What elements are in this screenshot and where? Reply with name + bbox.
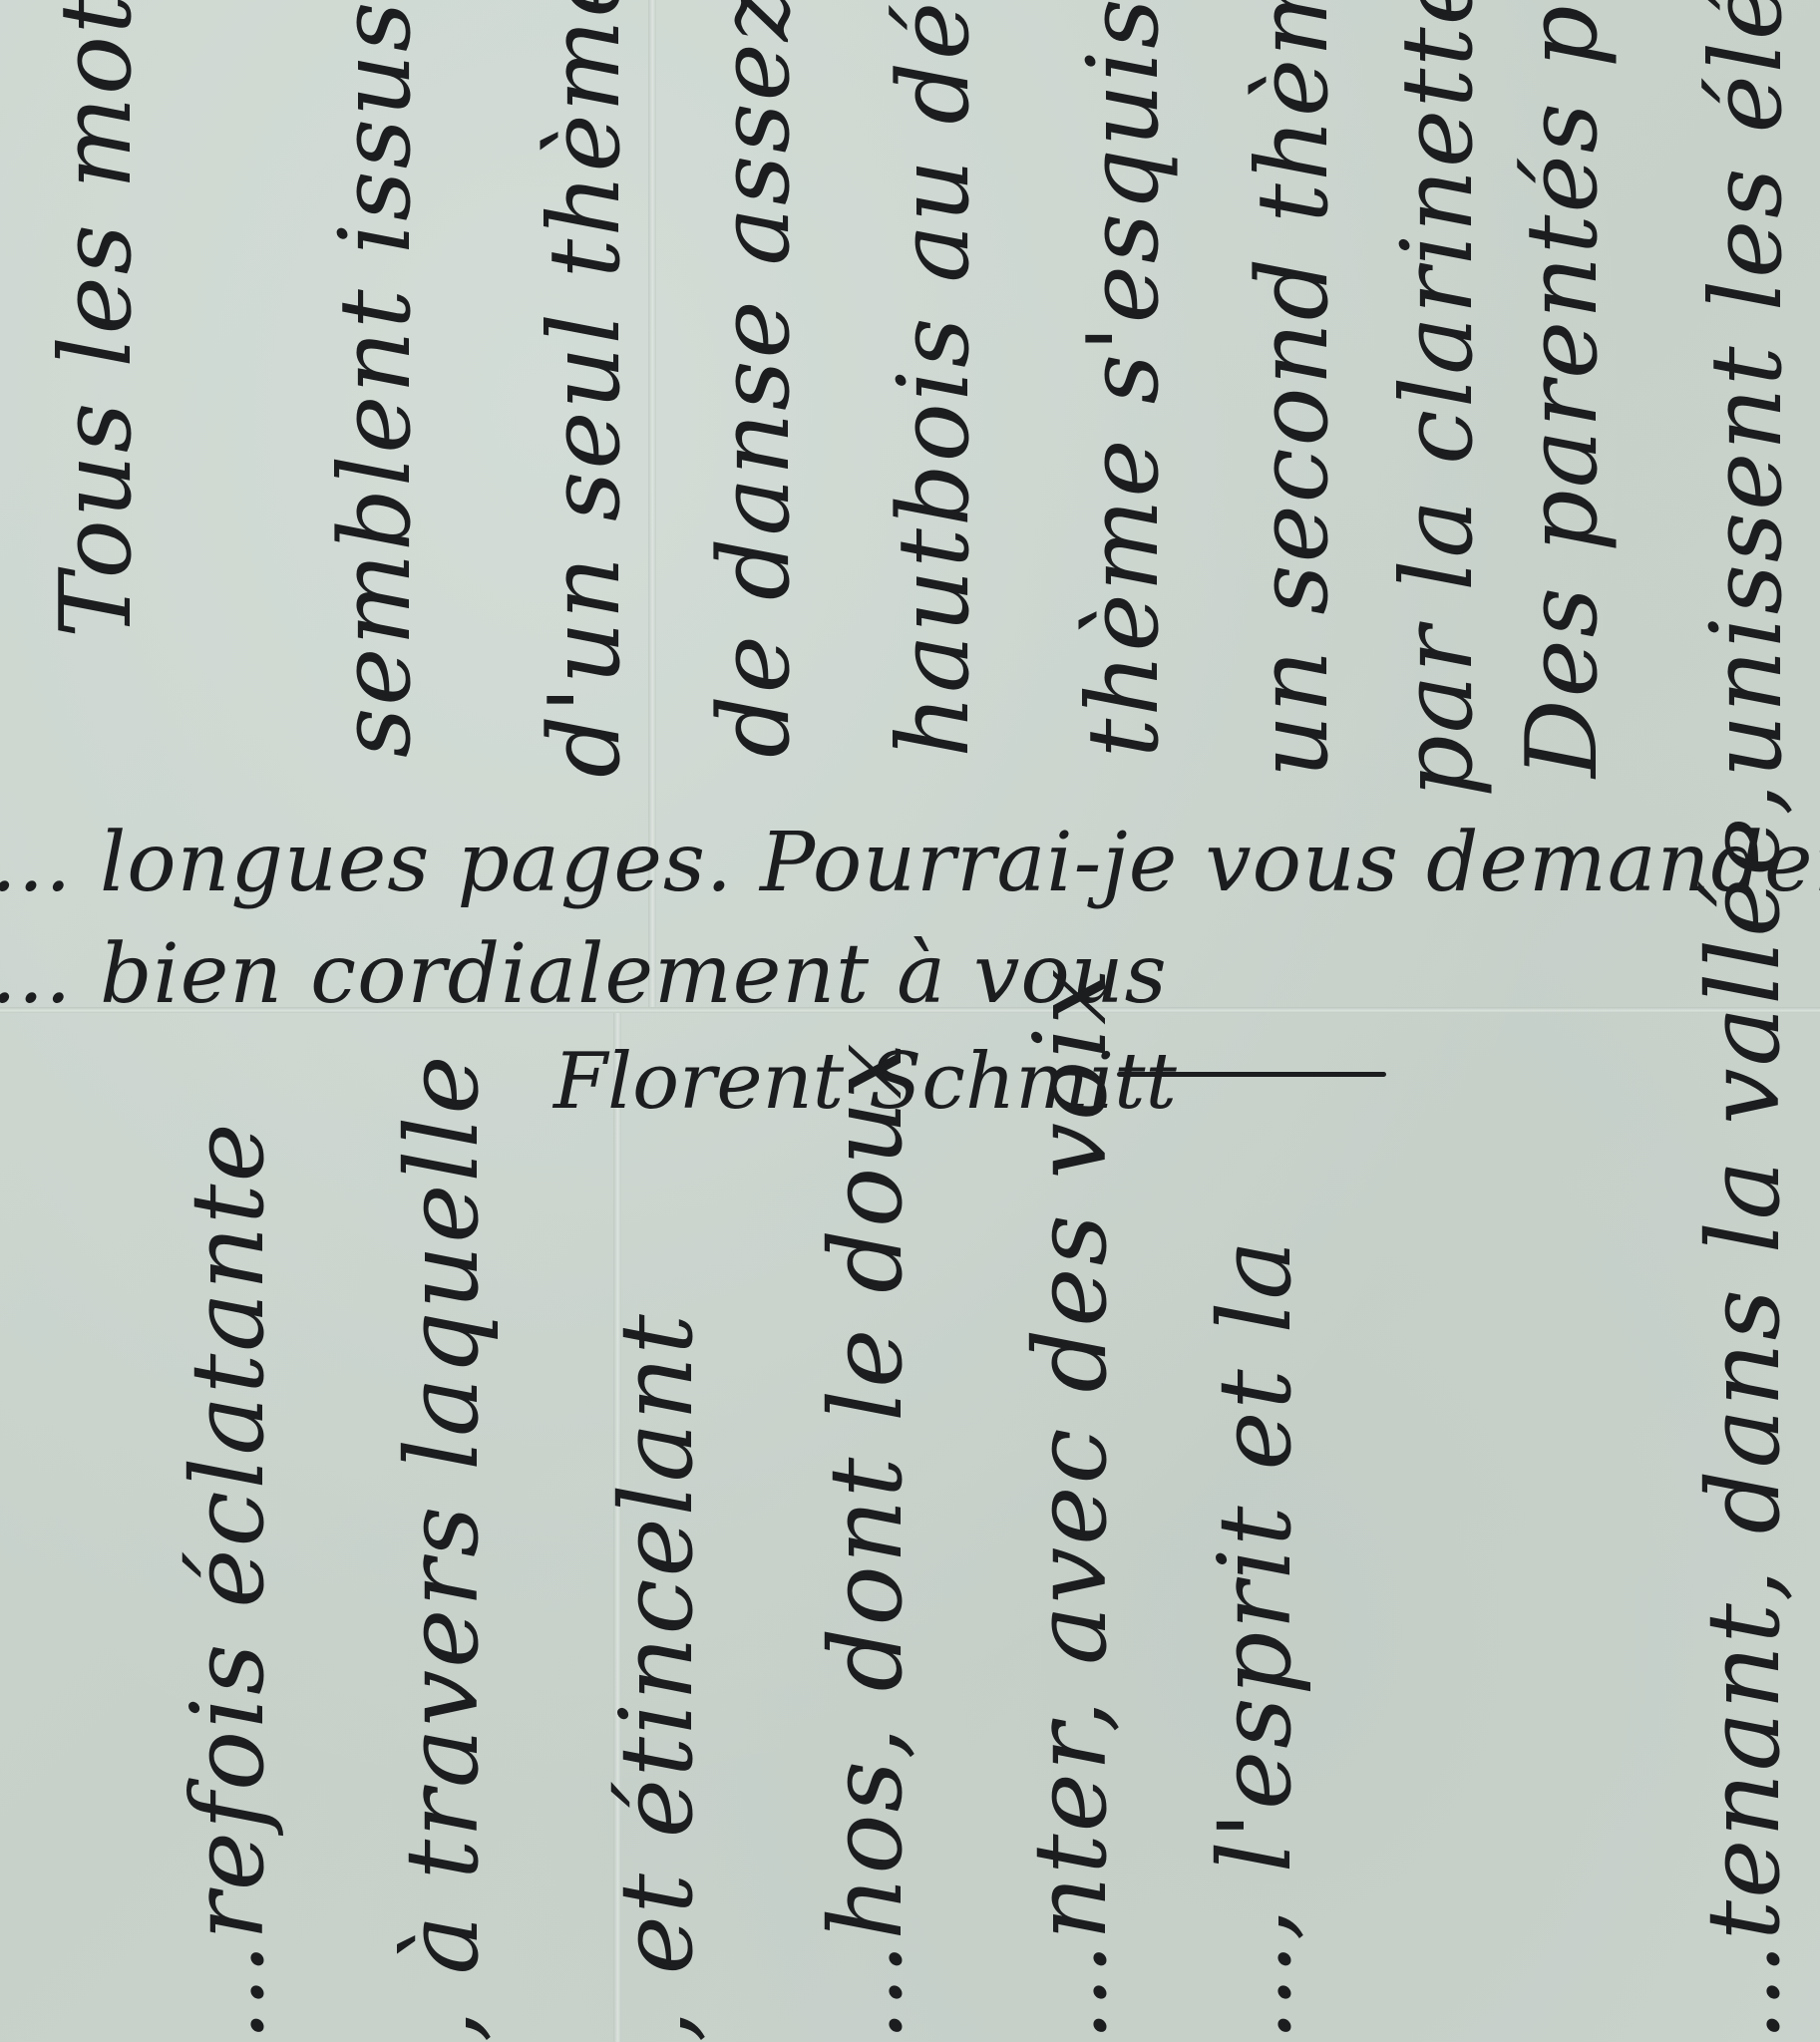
lower-line-5: …nter, avec des voix — [1012, 966, 1129, 2042]
upper-line-6: thème s'esquisse d — [1067, 0, 1181, 758]
upper-line-2: semblent issus — [319, 0, 433, 758]
upper-line-8: par la clarinette — [1381, 0, 1495, 798]
upper-line-10: unissent les élém — [1690, 0, 1804, 778]
closing-line-2: … bien cordialement à vous — [0, 927, 1168, 1022]
upper-line-5: hautbois au début — [878, 0, 991, 758]
lower-line-3: , et étincelant — [598, 1312, 715, 2042]
lower-line-1: …refois éclatante — [170, 1121, 286, 2042]
lower-line-4: …hos, dont le doux — [808, 1041, 924, 2042]
upper-line-7: un second thème ex — [1237, 0, 1350, 778]
upper-line-3: d'un seul thème — [529, 0, 642, 778]
closing-line-1: … longues pages. Pourrai-je vous demande… — [0, 816, 1820, 910]
signature-flourish — [1117, 1072, 1386, 1077]
upper-line-9: Des parentés plus — [1506, 0, 1620, 778]
upper-line-1: Tous les motifs — [40, 0, 154, 638]
letter-page: Tous les motifs semblent issus d'un seul… — [0, 0, 1820, 2042]
lower-line-2: , à travers laquelle — [384, 1053, 501, 2042]
lower-line-6: …, l'esprit et la — [1197, 1238, 1313, 2042]
lower-line-7: …tenant, dans la vallée, — [1685, 782, 1802, 2042]
upper-line-4: de danse assez — [698, 0, 812, 758]
